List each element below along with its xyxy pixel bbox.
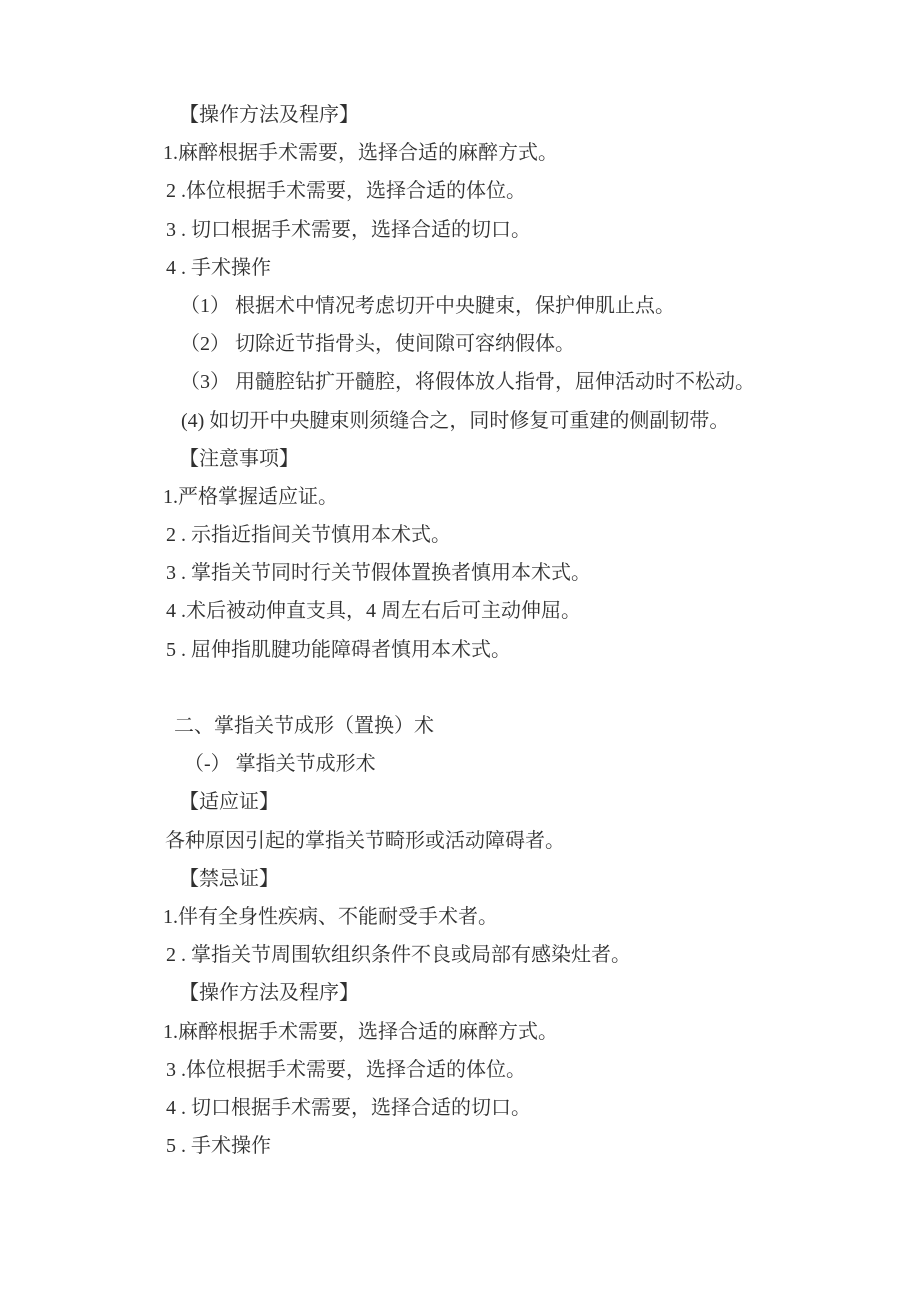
sub-step-item: （1） 根据术中情况考虑切开中央腱束，保护伸肌止点。 (180, 287, 880, 325)
numbered-item: 4 . 切口根据手术需要，选择合适的切口。 (166, 1089, 880, 1127)
numbered-item: 2 .体位根据手术需要，选择合适的体位。 (166, 172, 880, 210)
numbered-item: 1.麻醉根据手术需要，选择合适的麻醉方式。 (163, 1013, 880, 1051)
bracket-heading: 【禁忌证】 (179, 860, 880, 898)
bracket-heading: 【注意事项】 (179, 440, 880, 478)
subsection-title: （-） 掌指关节成形术 (184, 745, 880, 783)
bracket-heading: 【操作方法及程序】 (179, 96, 880, 134)
numbered-item: 2 . 示指近指间关节慎用本术式。 (166, 516, 880, 554)
sub-step-item: (4) 如切开中央腱束则须缝合之，同时修复可重建的侧副韧带。 (181, 402, 880, 440)
numbered-item: 3 . 掌指关节同时行关节假体置换者慎用本术式。 (166, 554, 880, 592)
blank-line (163, 669, 880, 707)
numbered-item: 2 . 掌指关节周围软组织条件不良或局部有感染灶者。 (166, 936, 880, 974)
numbered-item: 1.伴有全身性疾病、不能耐受手术者。 (163, 898, 880, 936)
sub-step-item: （2） 切除近节指骨头，使间隙可容纳假体。 (180, 325, 880, 363)
document-content: 【操作方法及程序】1.麻醉根据手术需要，选择合适的麻醉方式。2 .体位根据手术需… (0, 0, 920, 1165)
numbered-item: 1.严格掌握适应证。 (163, 478, 880, 516)
document-page: 【操作方法及程序】1.麻醉根据手术需要，选择合适的麻醉方式。2 .体位根据手术需… (0, 0, 920, 1301)
bracket-heading: 【操作方法及程序】 (179, 974, 880, 1012)
bracket-heading: 【适应证】 (179, 783, 880, 821)
section-title: 二、掌指关节成形（置换）术 (174, 707, 880, 745)
numbered-item: 4 . 手术操作 (166, 249, 880, 287)
paragraph: 各种原因引起的掌指关节畸形或活动障碍者。 (165, 822, 880, 860)
numbered-item: 3 .体位根据手术需要，选择合适的体位。 (166, 1051, 880, 1089)
numbered-item: 5 . 屈伸指肌腱功能障碍者慎用本术式。 (166, 631, 880, 669)
sub-step-item: （3） 用髓腔钻扩开髓腔，将假体放人指骨，屈伸活动时不松动。 (180, 363, 880, 401)
numbered-item: 1.麻醉根据手术需要，选择合适的麻醉方式。 (163, 134, 880, 172)
numbered-item: 5 . 手术操作 (166, 1127, 880, 1165)
numbered-item: 3 . 切口根据手术需要，选择合适的切口。 (166, 211, 880, 249)
numbered-item: 4 .术后被动伸直支具，4 周左右后可主动伸屈。 (166, 592, 880, 630)
